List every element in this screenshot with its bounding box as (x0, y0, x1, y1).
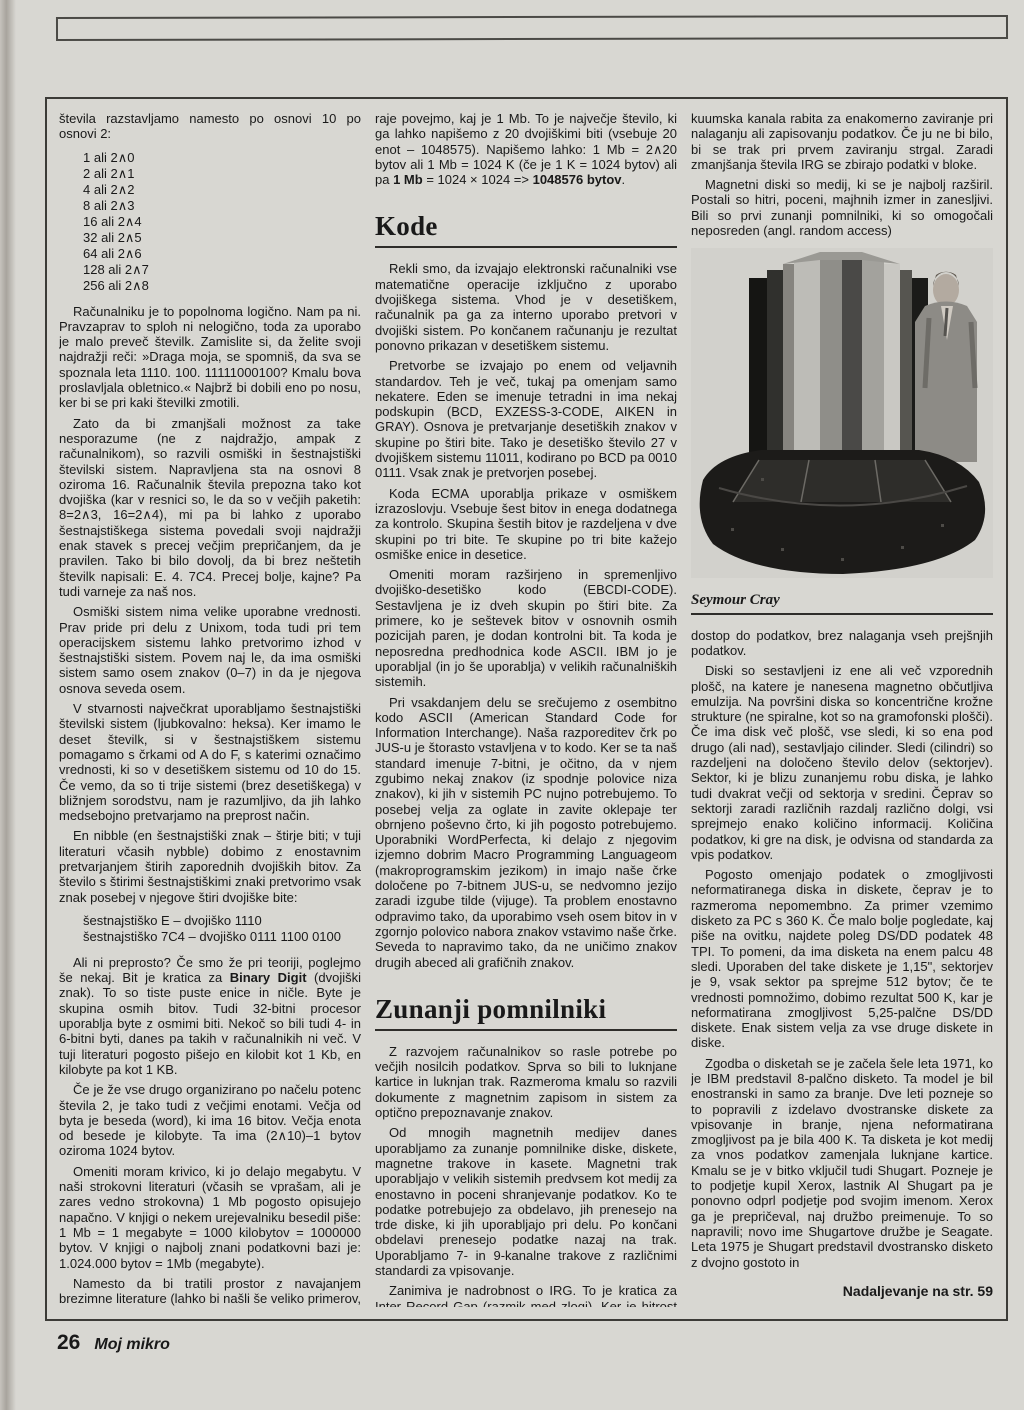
continuation-note: Nadaljevanje na str. 59 (691, 1284, 993, 1299)
scan-edge-shadow (0, 0, 16, 1410)
caption-rule (691, 613, 993, 615)
bold-term: Binary Digit (230, 970, 307, 985)
hex-binary-examples-list: šestnajstiško E – dvojiško 1110 šestnajs… (83, 913, 361, 945)
paragraph: Koda ECMA uporablja prikaze v osmiškem i… (375, 486, 677, 562)
section-heading-kode: Kode (375, 211, 677, 241)
heading-rule (375, 1029, 677, 1031)
page-number: 26 (57, 1331, 80, 1355)
paragraph: Zanimiva je nadrobnost o IRG. To je krat… (375, 1283, 677, 1307)
paragraph: Pogosto omenjajo podatek o zmogljivosti … (691, 867, 993, 1051)
top-frame (56, 15, 1008, 41)
paragraph: Namesto da bi tratili prostor z navajanj… (59, 1276, 361, 1307)
paragraph: Zato da bi zmanjšali možnost za take nes… (59, 416, 361, 600)
article-column-1: števila razstavljamo namesto po osnovi 1… (59, 111, 361, 1307)
paragraph: Ali ni preprosto? Če smo že pri teoriji,… (59, 955, 361, 1077)
paragraph-text: (dvojiški znak). To so tiste puste enice… (59, 970, 361, 1077)
paragraph-text: = 1024 × 1024 => (423, 172, 533, 187)
paragraph: Z razvojem računalnikov so rasle potrebe… (375, 1044, 677, 1120)
heading-rule (375, 246, 677, 248)
magazine-name: Moj mikro (94, 1336, 170, 1354)
paragraph-text: . (622, 172, 626, 187)
paragraph: Omeniti moram razširjeno in spremenljivo… (375, 567, 677, 689)
paragraph: dostop do podatkov, brez nalaganja vseh … (691, 628, 993, 659)
paragraph: Zgodba o disketah se je začela šele leta… (691, 1056, 993, 1270)
photo-caption: Seymour Cray (691, 593, 993, 608)
paragraph: Omeniti moram krivico, ki jo delajo mega… (59, 1164, 361, 1271)
paragraph: Rekli smo, da izvajajo elektronski račun… (375, 261, 677, 353)
paragraph: kuumska kanala rabita za enakomerno zavi… (691, 111, 993, 172)
column-layout: števila razstavljamo namesto po osnovi 1… (59, 111, 994, 1307)
paragraph: Računalniku je to popolnoma logično. Nam… (59, 304, 361, 411)
paragraph: Pretvorbe se izvajajo po enem od veljavn… (375, 358, 677, 480)
paragraph: V stvarnosti največkrat uporabljamo šest… (59, 701, 361, 823)
bold-term: 1 Mb (393, 172, 423, 187)
paragraph: Diski so sestavljeni iz ene ali več vzpo… (691, 663, 993, 862)
paragraph: Pri vsakdanjem delu se srečujemo z osemb… (375, 695, 677, 970)
cray-photo (691, 248, 993, 583)
paragraph: raje povejmo, kaj je 1 Mb. To je največj… (375, 111, 677, 187)
paragraph: Osmiški sistem nima velike uporabne vred… (59, 604, 361, 696)
paragraph: Če je že vse drugo organizirano po načel… (59, 1082, 361, 1158)
article-frame: števila razstavljamo namesto po osnovi 1… (45, 97, 1008, 1321)
cray-base (700, 450, 985, 574)
paragraph: En nibble (en šestnajstiški znak – štirj… (59, 828, 361, 904)
paragraph: Od mnogih magnetnih medijev danes uporab… (375, 1125, 677, 1278)
article-column-3: kuumska kanala rabita za enakomerno zavi… (691, 111, 993, 1307)
page-footer: 26 Moj mikro (57, 1331, 170, 1355)
cray-tower (749, 252, 928, 463)
paragraph: števila razstavljamo namesto po osnovi 1… (59, 111, 361, 142)
article-column-2: raje povejmo, kaj je 1 Mb. To je največj… (375, 111, 677, 1307)
paragraph: Magnetni diski so medij, ki se je najbol… (691, 177, 993, 238)
section-heading-zunanji-pomnilniki: Zunanji pomnilniki (375, 994, 677, 1024)
powers-of-two-list: 1 ali 2∧0 2 ali 2∧1 4 ali 2∧2 8 ali 2∧3 … (83, 150, 361, 294)
bold-term: 1048576 bytov (533, 172, 622, 187)
